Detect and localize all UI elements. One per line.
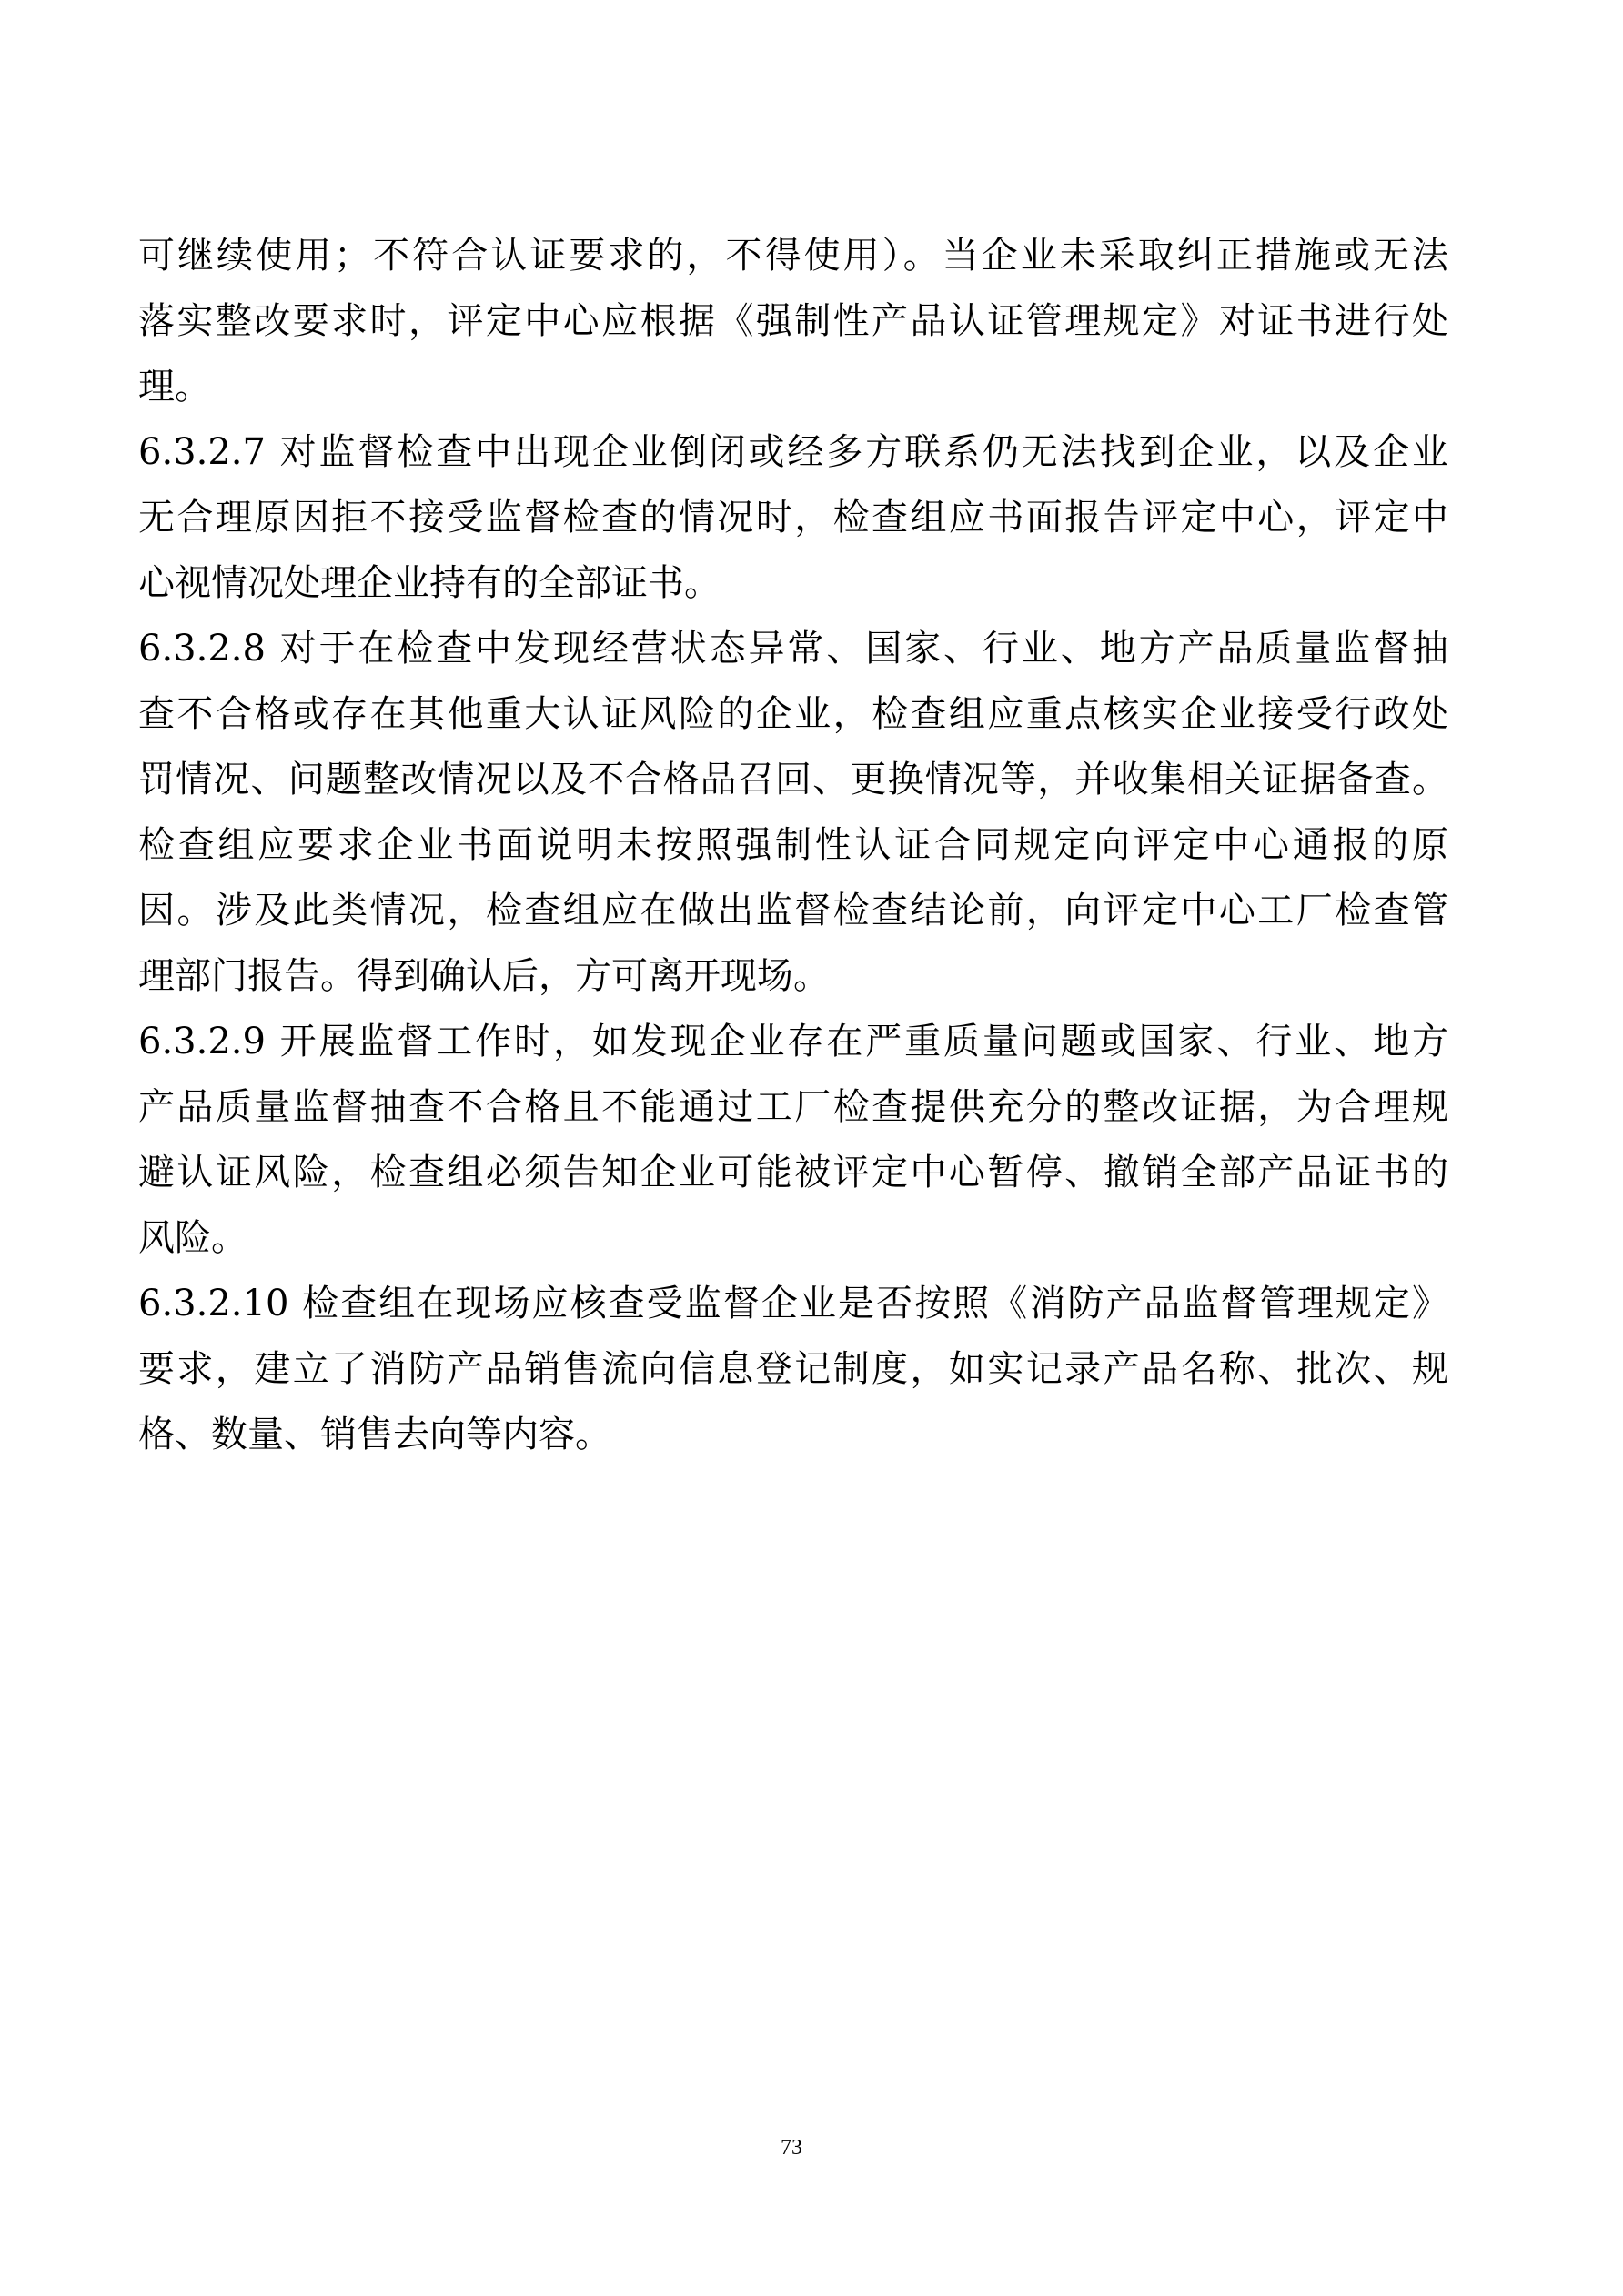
- text-line: 格、数量、销售去向等内容。: [138, 1402, 1448, 1467]
- text-line: 理。: [138, 354, 1448, 419]
- clause-6-3-2-9-line: 6.3.2.9 开展监督工作时，如发现企业存在严重质量问题或国家、行业、地方: [138, 1009, 1448, 1074]
- text-line: 避认证风险，检查组必须告知企业可能被评定中心暂停、撤销全部产品证书的: [138, 1140, 1448, 1205]
- text-line: 因。涉及此类情况，检查组应在做出监督检查结论前，向评定中心工厂检查管: [138, 878, 1448, 943]
- text-line: 心视情况处理企业持有的全部证书。: [138, 550, 1448, 616]
- text-line: 罚情况、问题整改情况以及不合格品召回、更换情况等，并收集相关证据备查。: [138, 747, 1448, 812]
- text-line: 查不合格或存在其他重大认证风险的企业，检查组应重点核实企业接受行政处: [138, 681, 1448, 747]
- clause-6-3-2-7-line: 6.3.2.7 对监督检查中出现企业倒闭或经多方联系仍无法找到企业，以及企业: [138, 419, 1448, 485]
- text-line: 产品质量监督抽查不合格且不能通过工厂检查提供充分的整改证据，为合理规: [138, 1074, 1448, 1140]
- text-line: 风险。: [138, 1205, 1448, 1271]
- body-text: 可继续使用；不符合认证要求的，不得使用）。当企业未采取纠正措施或无法 落实整改要…: [138, 223, 1448, 1467]
- text-line: 理部门报告。得到确认后，方可离开现场。: [138, 943, 1448, 1009]
- document-page: 可继续使用；不符合认证要求的，不得使用）。当企业未采取纠正措施或无法 落实整改要…: [0, 0, 1623, 2296]
- text-line: 要求，建立了消防产品销售流向信息登记制度，如实记录产品名称、批次、规: [138, 1336, 1448, 1402]
- page-number: 73: [746, 2134, 837, 2161]
- text-line: 落实整改要求时，评定中心应根据《强制性产品认证管理规定》对证书进行处: [138, 288, 1448, 354]
- clause-6-3-2-10-line: 6.3.2.10 检查组在现场应核查受监督企业是否按照《消防产品监督管理规定》: [138, 1271, 1448, 1336]
- text-line: 检查组应要求企业书面说明未按照强制性认证合同规定向评定中心通报的原: [138, 812, 1448, 878]
- text-line: 无合理原因拒不接受监督检查的情况时，检查组应书面报告评定中心，评定中: [138, 485, 1448, 550]
- text-line: 可继续使用；不符合认证要求的，不得使用）。当企业未采取纠正措施或无法: [138, 223, 1448, 288]
- clause-6-3-2-8-line: 6.3.2.8 对于在检查中发现经营状态异常、国家、行业、地方产品质量监督抽: [138, 616, 1448, 681]
